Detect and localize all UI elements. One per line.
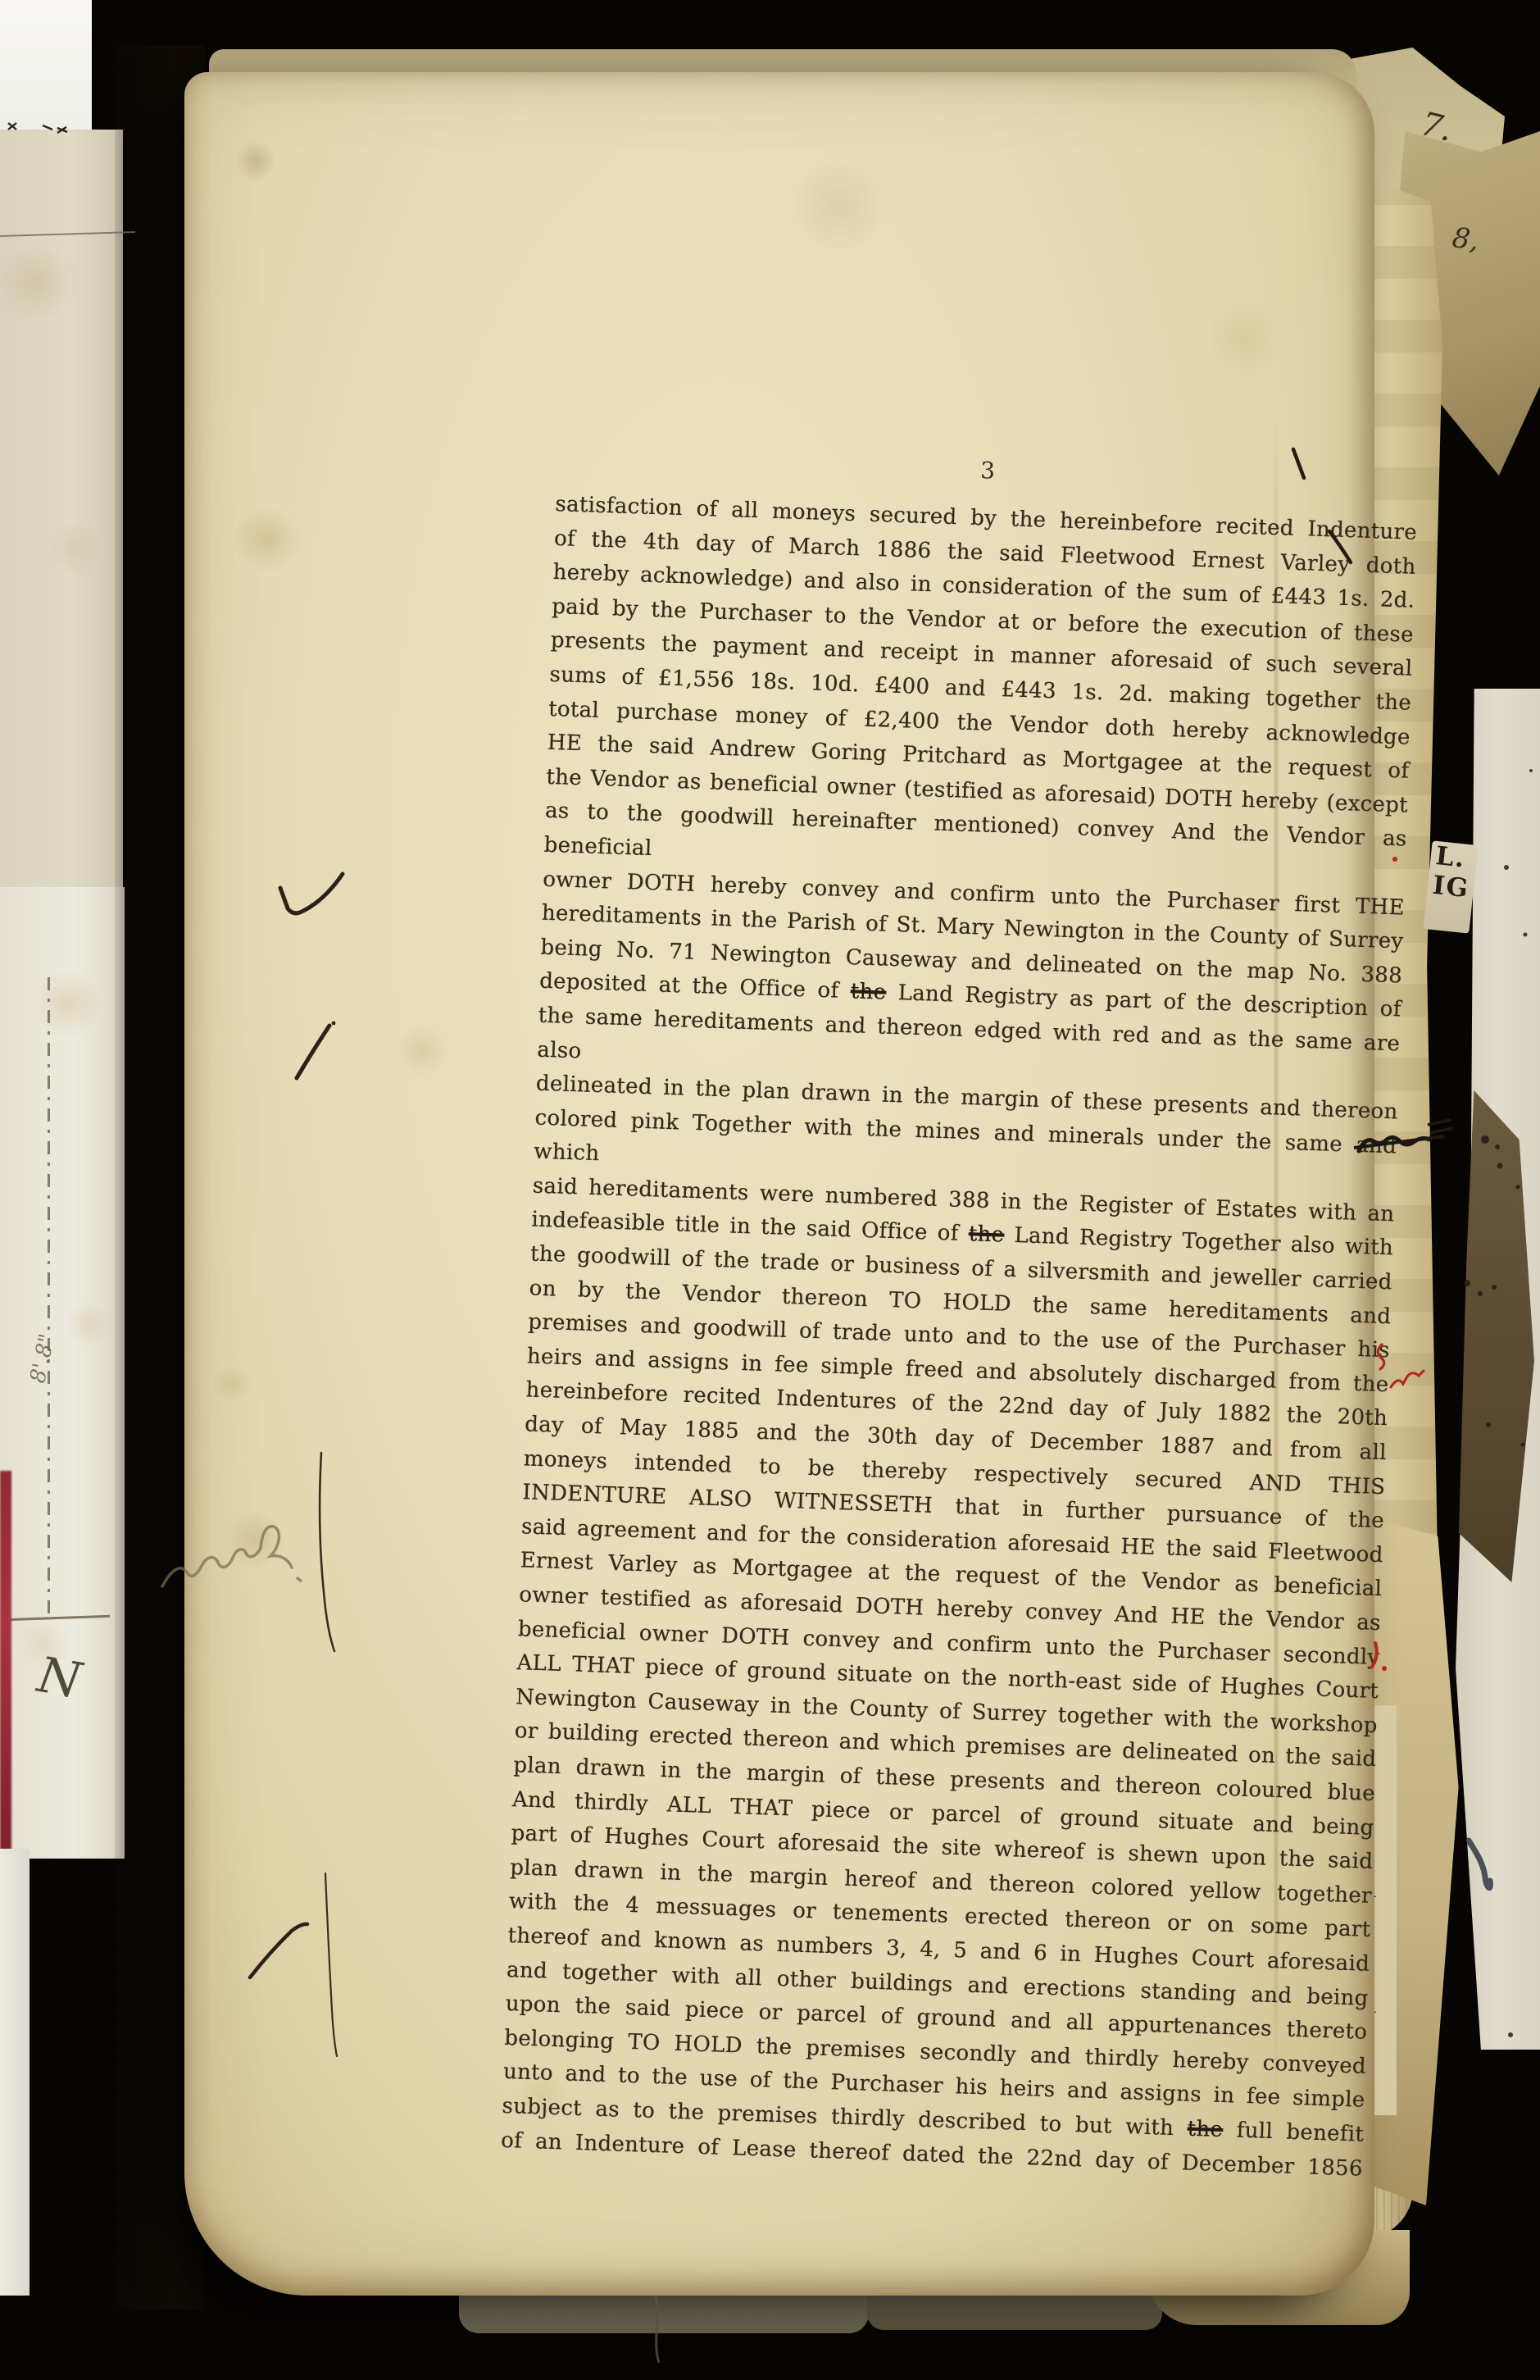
handwritten-number-8: 8,	[1450, 221, 1481, 257]
scribble-equals-mark	[1428, 1120, 1452, 1133]
plan-dimension-label: 8'.8"	[25, 1331, 60, 1385]
plan-dashed-line	[48, 977, 50, 1617]
label-fragment-line1: L.	[1429, 840, 1478, 875]
text-block: 3 satisfaction of all moneys secured by …	[501, 443, 1420, 2187]
page-number: 3	[556, 443, 1420, 498]
plan-red-edge-mark	[0, 1471, 11, 1850]
printed-label-fragment: L. IG	[1424, 840, 1479, 933]
plan-letter-n: N	[28, 1647, 90, 1709]
photograph-scene: 8'.8" N L. IG 7. 8, eenenr 3 satisfactio…	[0, 0, 1540, 2380]
page-edge-behind-bottom	[867, 2292, 1162, 2330]
struck-word: the	[1187, 2117, 1223, 2142]
underlay-plan-page: 8'.8" N	[0, 887, 125, 1859]
body-text: satisfaction of all moneys secured by th…	[501, 488, 1418, 2187]
underlay-white-sliver	[0, 1849, 30, 2296]
label-fragment-line2: IG	[1426, 870, 1474, 904]
plan-baseline	[5, 1615, 110, 1621]
document-page: 3 satisfaction of all moneys secured by …	[184, 72, 1374, 2296]
underlay-linen-page	[0, 130, 123, 892]
struck-word: the	[968, 1222, 1004, 1248]
underlay-white-card	[0, 0, 92, 134]
struck-word: the	[850, 980, 886, 1005]
